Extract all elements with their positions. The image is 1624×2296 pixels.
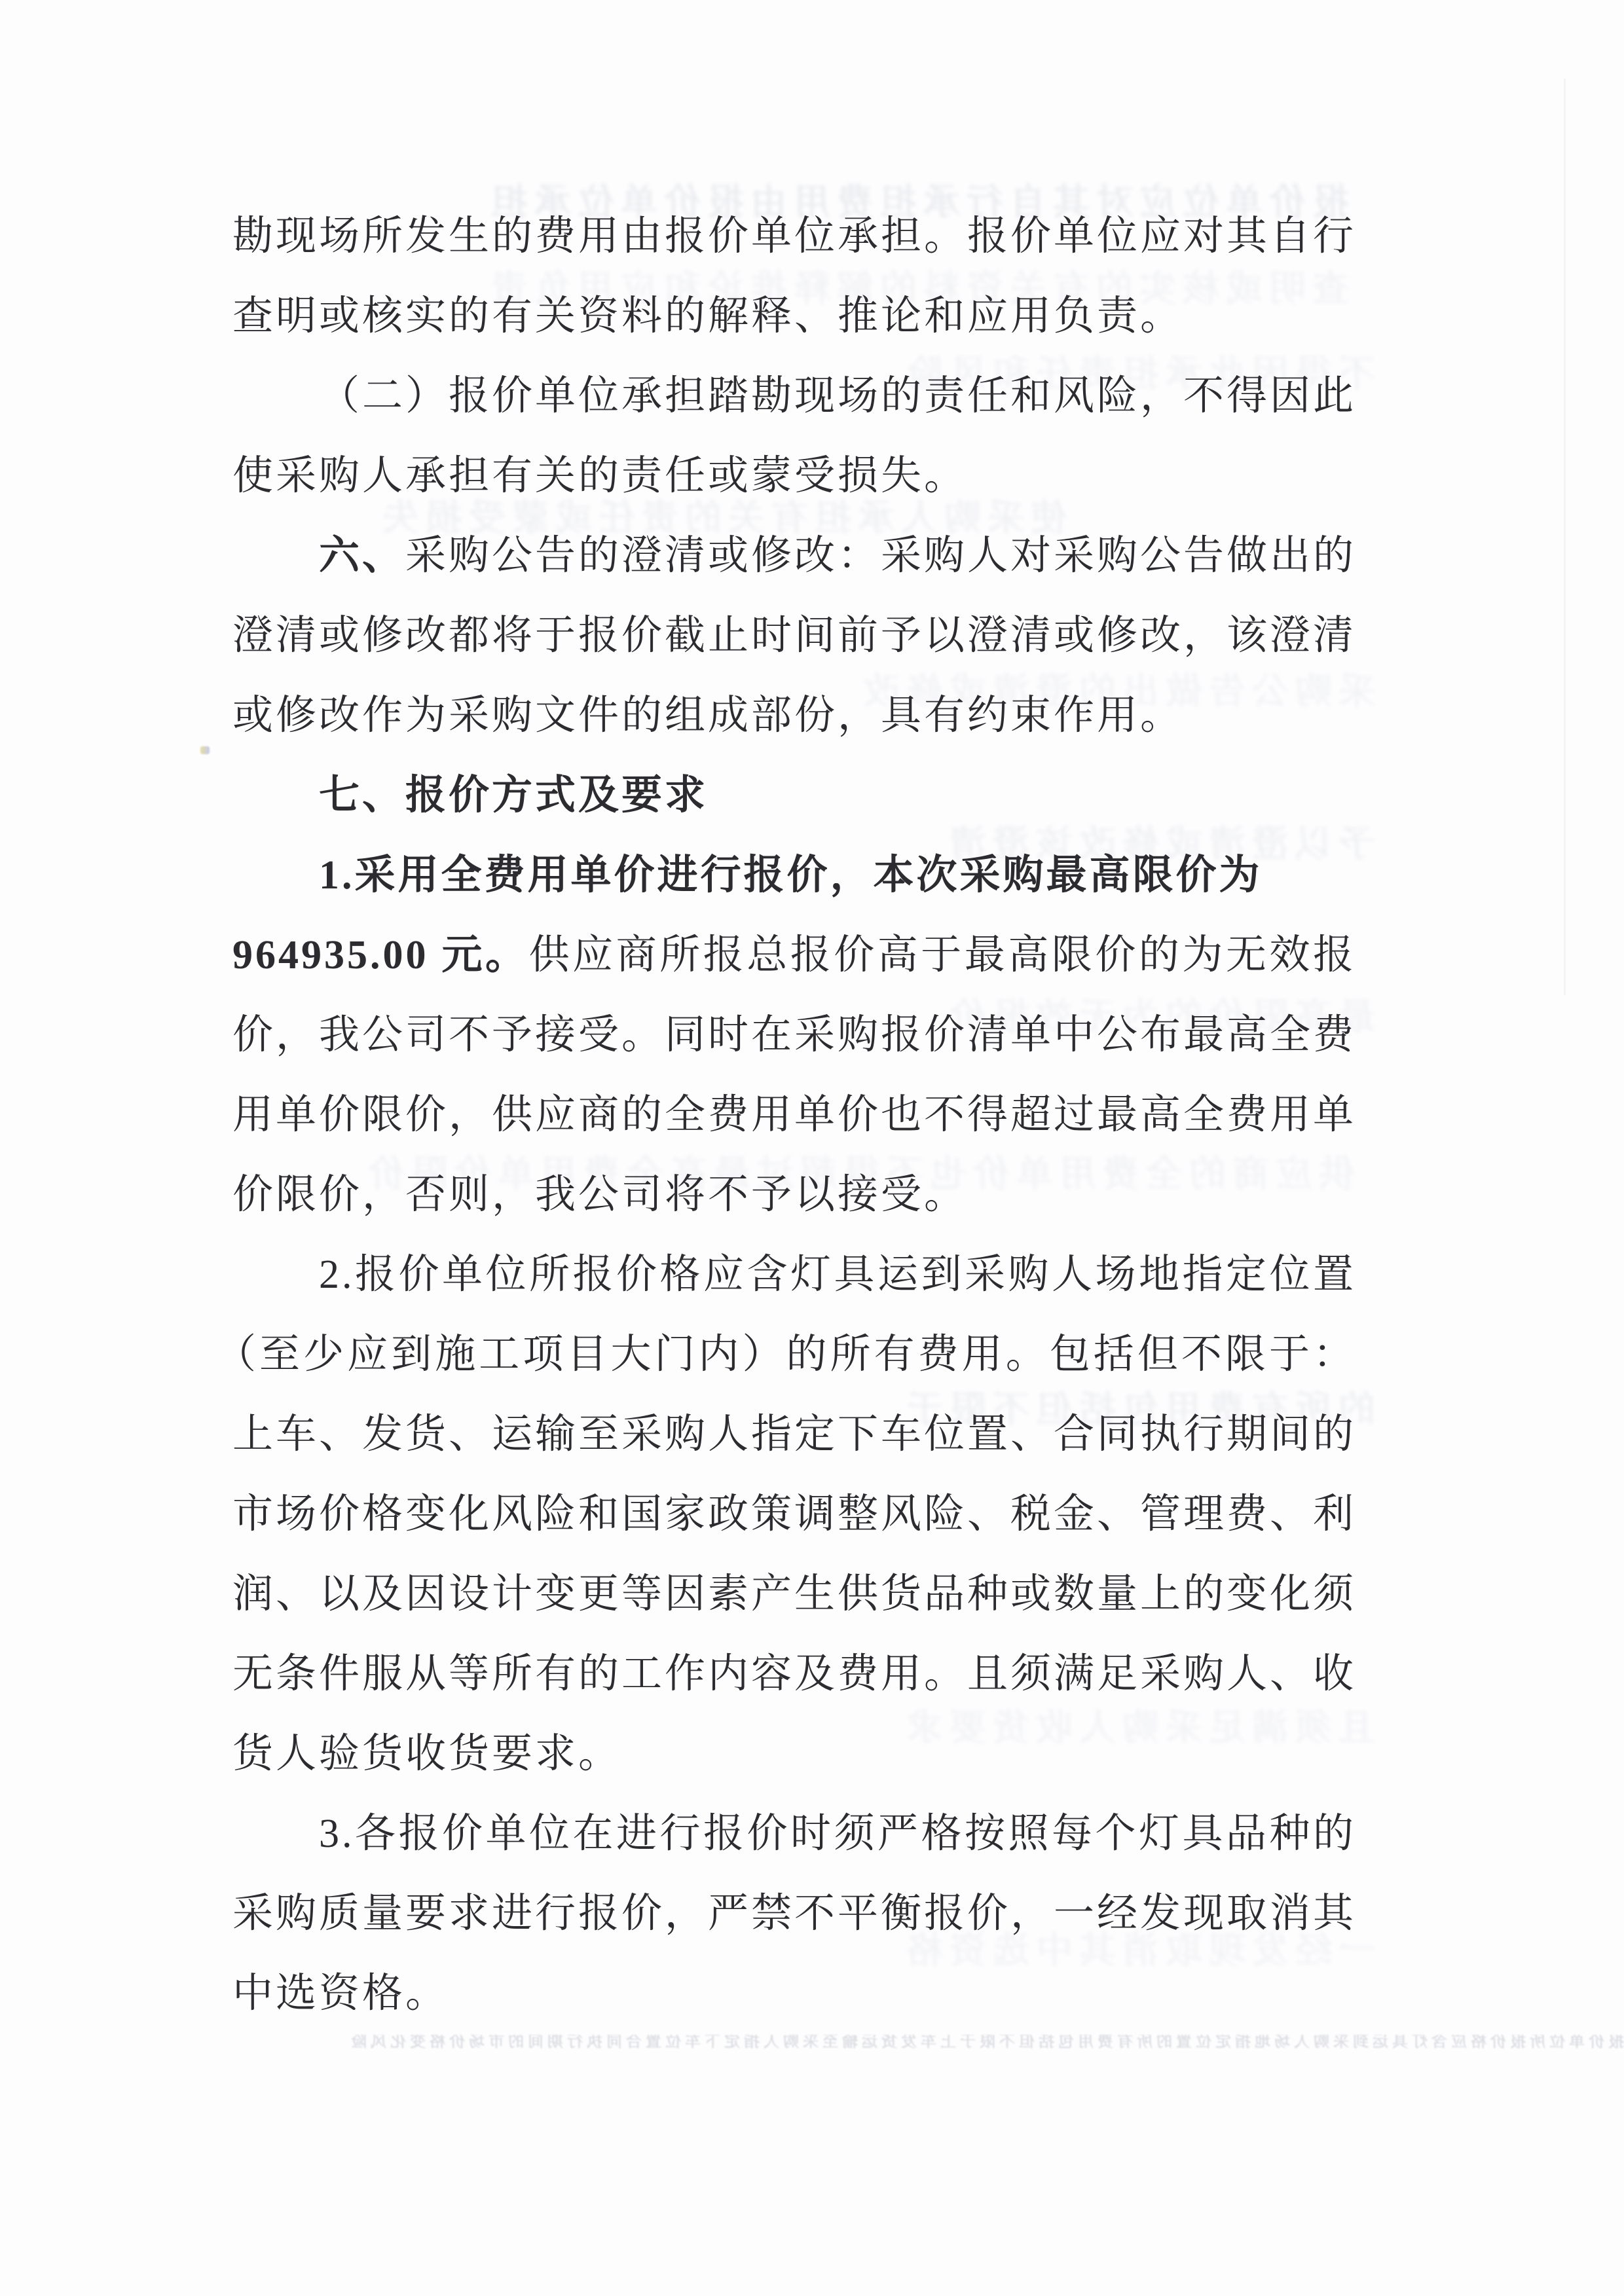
text-line-12: 用单价限价，供应商的全费用单价也不得超过最高全费用单 — [232, 1075, 1356, 1155]
scanner-edge-artifact — [1564, 79, 1566, 995]
scan-speck-artifact — [200, 746, 210, 754]
text-line-1: 勘现场所发生的费用由报价单位承担。报价单位应对其自行 — [232, 196, 1356, 276]
text-line-10-body: 供应商所报总报价高于最高限价的为无效报 — [529, 933, 1356, 977]
text-line-19: 无条件服从等所有的工作内容及费用。且须满足采购人、收 — [232, 1634, 1356, 1714]
text-line-3: （二）报价单位承担踏勘现场的责任和风险，不得因此 — [232, 356, 1356, 436]
text-line-6: 澄清或修改都将于报价截止时间前予以澄清或修改，该澄清 — [232, 596, 1356, 676]
text-line-11: 价，我公司不予接受。同时在采购报价清单中公布最高全费 — [232, 995, 1356, 1075]
section-heading-7: 七、报价方式及要求 — [232, 756, 1356, 835]
bleedthrough-band: 报价单位所报价格应含灯具运到采购人场地指定位置的所有费用包括但不限于上车发货运输… — [0, 2035, 1624, 2049]
text-line-7: 或修改作为采购文件的组成部份，具有约束作用。 — [232, 676, 1356, 756]
text-line-9: 1.采用全费用单价进行报价，本次采购最高限价为 — [232, 835, 1356, 915]
document-body: 勘现场所发生的费用由报价单位承担。报价单位应对其自行 查明或核实的有关资料的解释… — [232, 196, 1356, 2033]
text-line-5: 六、采购公告的澄清或修改：采购人对采购公告做出的 — [232, 516, 1356, 596]
text-line-20: 货人验货收货要求。 — [232, 1714, 1356, 1794]
text-line-23: 中选资格。 — [232, 1954, 1356, 2033]
text-line-17: 市场价格变化风险和国家政策调整风险、税金、管理费、利 — [232, 1474, 1356, 1554]
text-line-4: 使采购人承担有关的责任或蒙受损失。 — [232, 436, 1356, 516]
text-line-13: 价限价，否则，我公司将不予以接受。 — [232, 1155, 1356, 1235]
text-line-15: （至少应到施工项目大门内）的所有费用。包括但不限于： — [215, 1315, 1356, 1394]
max-price-value: 964935.00 元。 — [232, 933, 529, 977]
text-line-5-body: 采购公告的澄清或修改：采购人对采购公告做出的 — [405, 534, 1356, 578]
section-number-6: 六、 — [319, 534, 405, 578]
text-line-2: 查明或核实的有关资料的解释、推论和应用负责。 — [232, 276, 1356, 356]
text-line-14: 2.报价单位所报价格应含灯具运到采购人场地指定位置 — [232, 1235, 1356, 1315]
text-line-21: 3.各报价单位在进行报价时须严格按照每个灯具品种的 — [232, 1794, 1356, 1874]
text-line-22: 采购质量要求进行报价，严禁不平衡报价，一经发现取消其 — [232, 1874, 1356, 1954]
text-line-10: 964935.00 元。供应商所报总报价高于最高限价的为无效报 — [232, 915, 1356, 995]
text-line-18: 润、以及因设计变更等因素产生供货品种或数量上的变化须 — [232, 1554, 1356, 1634]
scanned-document-page: 报价单位应对其自行承担费用由报价单位承担 查明或核实的有关资料的解释推论和应用负… — [0, 0, 1624, 2296]
text-line-16: 上车、发货、运输至采购人指定下车位置、合同执行期间的 — [232, 1394, 1356, 1474]
